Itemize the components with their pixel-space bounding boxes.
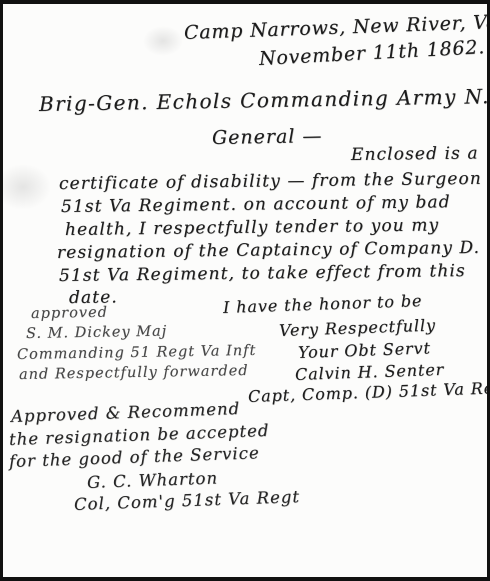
paper-smudge	[0, 164, 51, 210]
body-line: resignation of the Captaincy of Company …	[57, 238, 480, 263]
body-line: 51st Va Regiment, to take effect from th…	[59, 261, 466, 286]
closing-line: Your Obt Servt	[298, 338, 431, 362]
signature-title-line: Capt, Comp. (D) 51st Va Regt.	[248, 378, 490, 406]
endorsement-line: S. M. Dickey Maj	[26, 324, 168, 342]
body-line: health, I respectfully tender to you my	[65, 215, 439, 240]
closing-line: I have the honor to be	[223, 291, 423, 317]
endorsement-line: approved	[31, 305, 108, 322]
body-line: 51st Va Regiment. on account of my bad	[61, 192, 451, 217]
address-line: Brig-Gen. Echols Commanding Army N.W. Va	[39, 83, 490, 116]
heading-date-line: November 11th 1862.	[258, 36, 485, 70]
salutation-line: General —	[212, 125, 323, 149]
bottom-endorsement-signature: G. C. Wharton	[87, 468, 219, 492]
body-line: certificate of disability — from the Sur…	[59, 169, 482, 194]
closing-line: Very Respectfully	[279, 316, 437, 340]
bottom-endorsement-line: Approved & Recommend	[11, 399, 241, 426]
endorsement-line: Commanding 51 Regt Va Inft	[17, 343, 257, 363]
body-line: Enclosed is a	[351, 143, 479, 165]
letter-page: Camp Narrows, New River, Va November 11t…	[0, 0, 490, 581]
paper-smudge	[143, 26, 183, 56]
endorsement-line: and Respectfully forwarded	[19, 363, 249, 383]
